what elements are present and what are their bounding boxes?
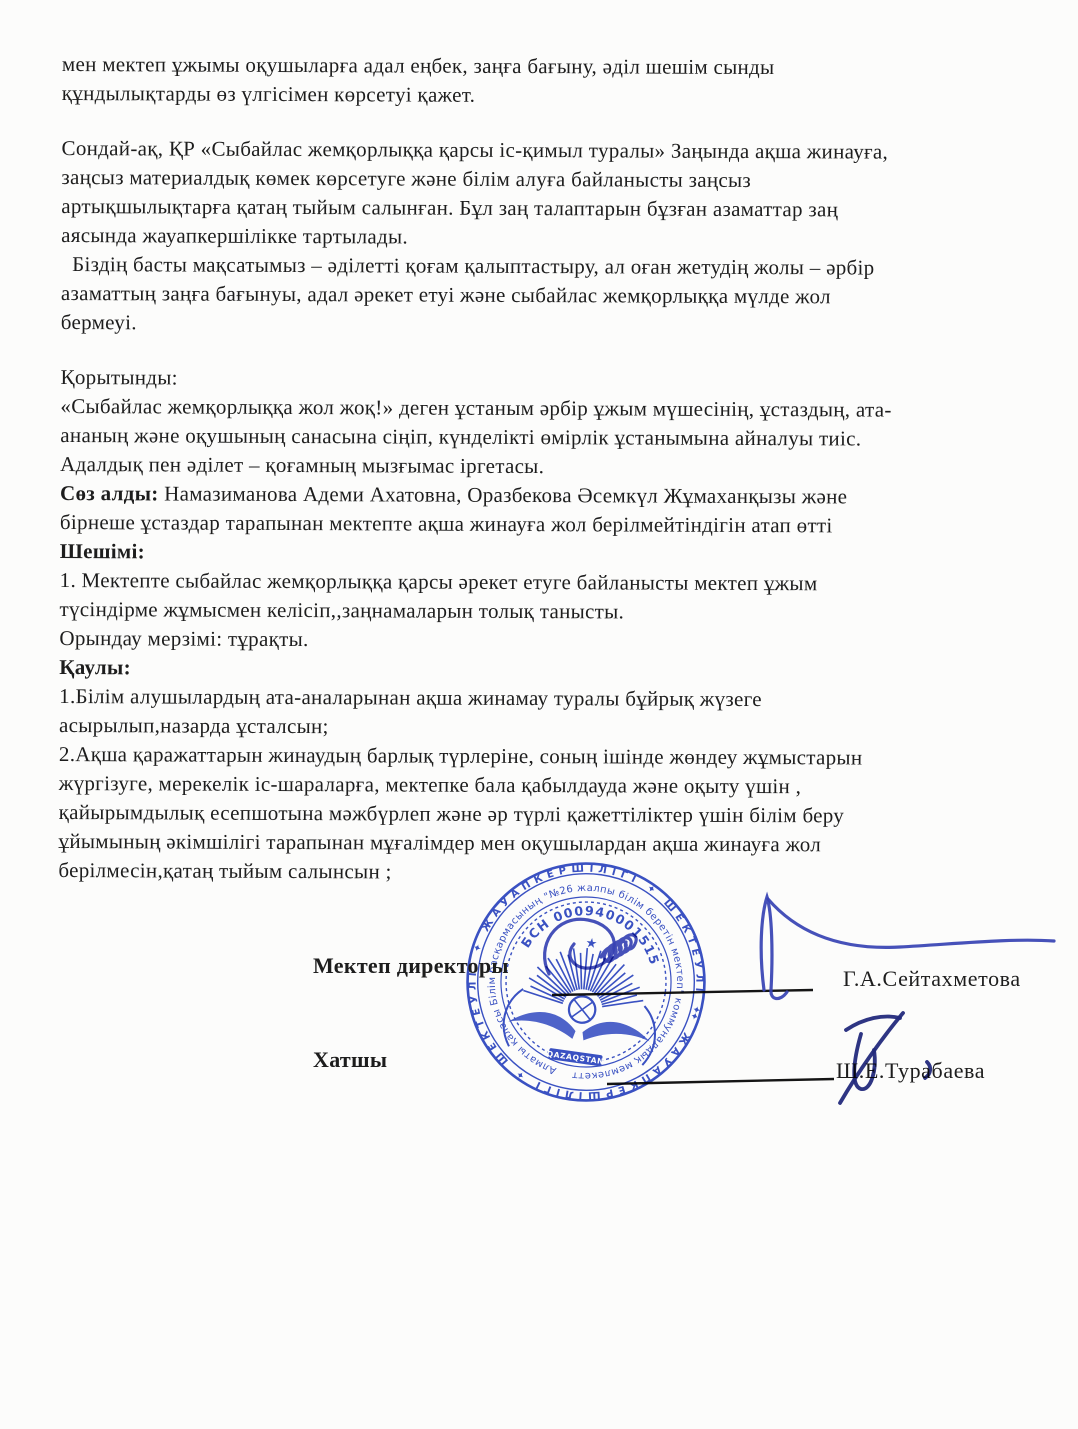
stamp-seal-graphic: ✦ ЖАУАПКЕРШІЛІГІ ✦ ШЕКТЕУЛІ ✦ ✦ ЖАУАПКЕР… [446, 842, 726, 1122]
resolution-item-1: 1.Білім алушылардың ата-аналарынан ақша … [59, 682, 1033, 744]
decision-heading: Шешімі: [60, 537, 1034, 570]
paragraph-law: Сондай-ақ, ҚР «Сыбайлас жемқорлыққа қарс… [61, 134, 1035, 254]
paragraph-values: мен мектеп ұжымы оқушыларға адал еңбек, … [62, 50, 1036, 112]
paragraph-goal: Біздің басты мақсатымыз – әділетті қоғам… [61, 250, 1035, 341]
paragraph-speakers: Сөз алды: Намазиманова Адеми Ахатовна, О… [60, 479, 1034, 541]
emblem-uyk-line [571, 999, 593, 1020]
conclusion-heading: Қорытынды: [61, 363, 1035, 396]
speakers-label: Сөз алды: [60, 481, 159, 505]
decision-item-1: 1. Мектепте сыбайлас жемқорлыққа қарсы ә… [59, 566, 1033, 628]
document-text: мен мектеп ұжымы оқушыларға адал еңбек, … [58, 50, 1036, 889]
secretary-name: Ш.Е.Турабаева [836, 1058, 985, 1084]
director-label: Мектеп директоры [313, 953, 509, 979]
emblem-rays [522, 940, 649, 1014]
execution-term: Орындау мерзімі: тұрақты. [59, 624, 1033, 657]
emblem-right-wing-icon [581, 1018, 651, 1050]
official-stamp: ✦ ЖАУАПКЕРШІЛІГІ ✦ ШЕКТЕУЛІ ✦ ✦ ЖАУАПКЕР… [446, 842, 726, 1122]
secretary-label: Хатшы [313, 1047, 387, 1073]
resolution-heading: Қаулы: [59, 653, 1033, 686]
paragraph-conclusion: «Сыбайлас жемқорлыққа жол жоқ!» деген ұс… [60, 392, 1034, 483]
director-name: Г.А.Сейтахметова [843, 966, 1021, 992]
scanned-document-page: мен мектеп ұжымы оқушыларға адал еңбек, … [0, 0, 1078, 1429]
speakers-text: Намазиманова Адеми Ахатовна, Оразбекова … [60, 481, 847, 537]
